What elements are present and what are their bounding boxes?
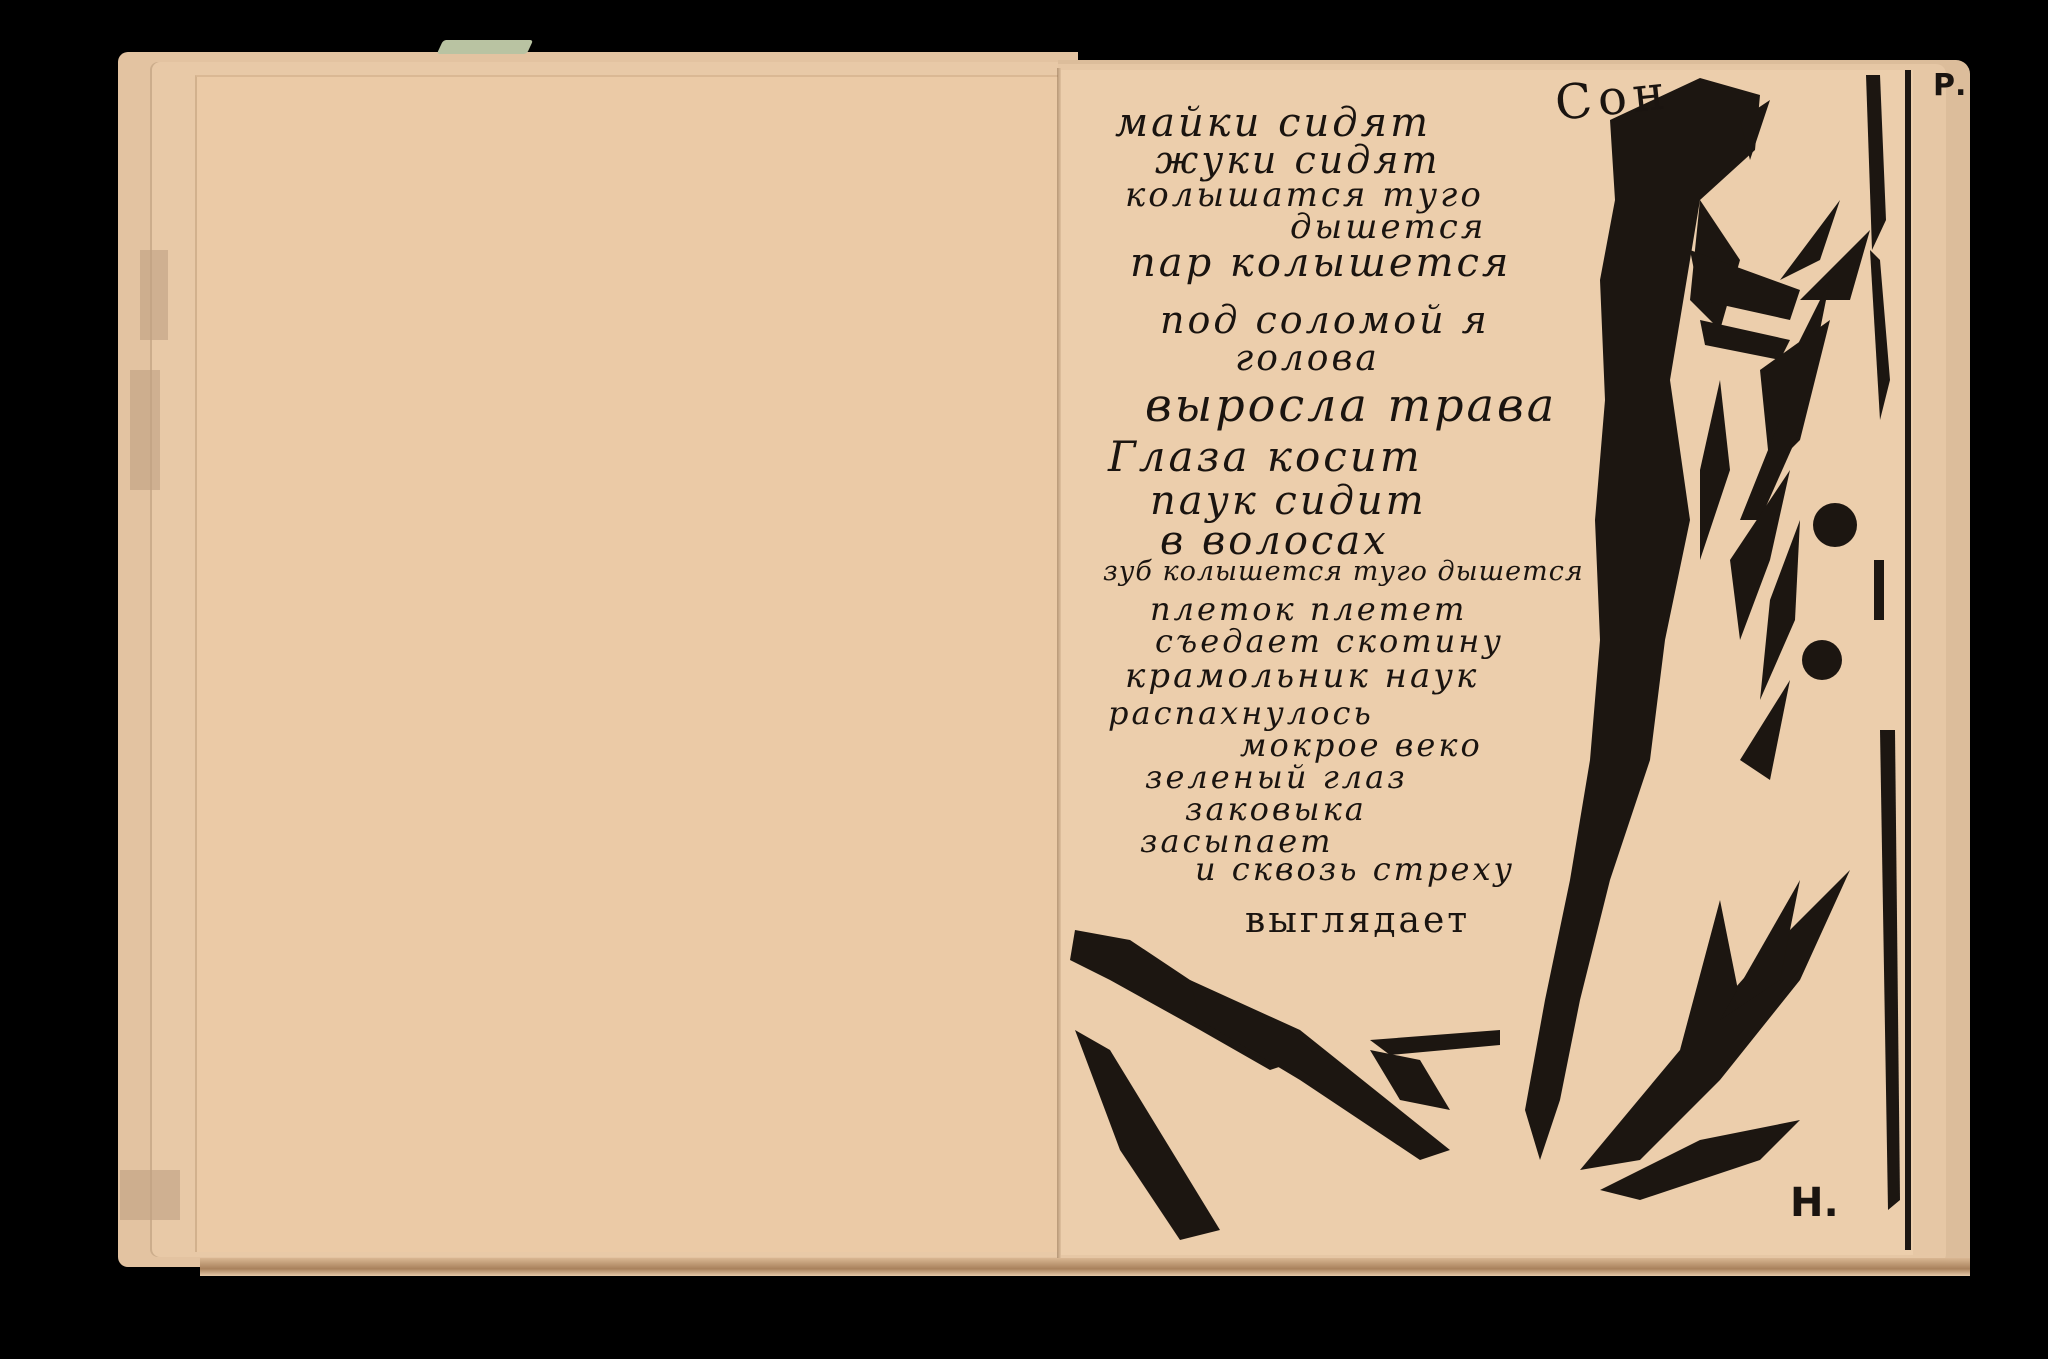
poem-line: пар колышется: [1130, 240, 1511, 286]
poem-line: съедает скотину: [1155, 622, 1504, 660]
poem-line: зуб колышется туго дышется: [1103, 556, 1584, 587]
poem-line: Глаза косит: [1108, 432, 1423, 481]
poem-line: голова: [1235, 338, 1380, 379]
open-book: Сон Р. майки сидят жуки сидят колышатся …: [0, 0, 2048, 1359]
edge-mark: Р.: [1933, 68, 1966, 103]
poem-line: выросла трава: [1145, 378, 1557, 432]
poem-line: крамольник наук: [1125, 656, 1479, 696]
woodcut-illustration: [0, 0, 2048, 1359]
artist-signature: Н.: [1790, 1180, 1839, 1226]
poem-line: под соломой я: [1160, 298, 1490, 342]
poem-line: выглядает: [1245, 900, 1470, 941]
poem-line: и сквозь стреху: [1195, 850, 1515, 888]
